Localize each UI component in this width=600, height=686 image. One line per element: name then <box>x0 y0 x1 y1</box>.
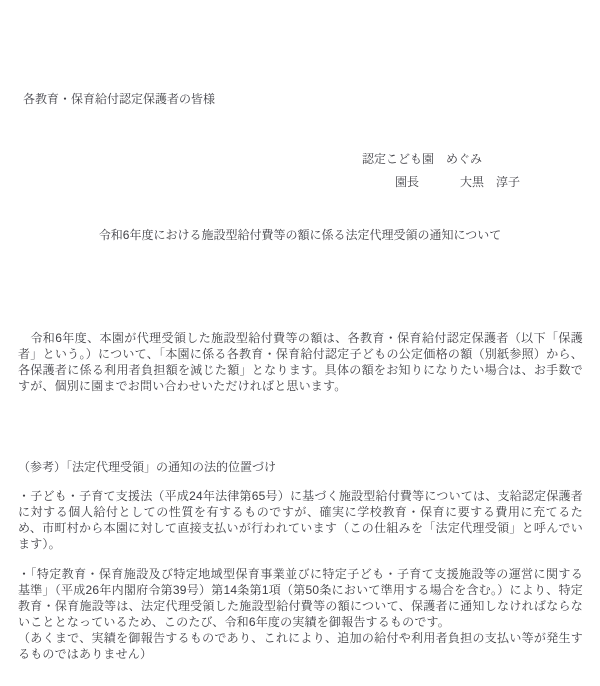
document-title: 令和6年度における施設型給付費等の額に係る法定代理受領の通知について <box>0 227 600 243</box>
reference-paragraph-standards: ・「特定教育・保育施設及び特定地域型保育事業並びに特定子ども・子育て支援施設等の… <box>18 566 583 630</box>
body-paragraph-main: 令和6年度、本園が代理受領した施設型給付費等の額は、各教育・保育給付認定保護者（… <box>18 330 583 394</box>
reference-section-heading: （参考）「法定代理受領」の通知の法的位置づけ <box>18 459 276 475</box>
recipient-line: 各教育・保育給付認定保護者の皆様 <box>23 91 215 107</box>
sender-title: 園長 <box>395 174 419 190</box>
sender-name: 大黒 淳子 <box>460 174 520 190</box>
sender-organization: 認定こども園 めぐみ <box>362 151 482 167</box>
reference-paragraph-law: ・子ども・子育て支援法（平成24年法律第65号）に基づく施設型給付費等については… <box>18 488 583 552</box>
reference-paragraph-disclaimer: （あくまで、実績を御報告するものであり、これにより、追加の給付や利用者負担の支払… <box>18 630 583 662</box>
sender-signature-line: 園長 大黒 淳子 <box>395 174 520 190</box>
reference-paragraph-group: ・「特定教育・保育施設及び特定地域型保育事業並びに特定子ども・子育て支援施設等の… <box>18 566 583 662</box>
notice-document-page: 各教育・保育給付認定保護者の皆様 認定こども園 めぐみ 園長 大黒 淳子 令和6… <box>0 0 600 686</box>
